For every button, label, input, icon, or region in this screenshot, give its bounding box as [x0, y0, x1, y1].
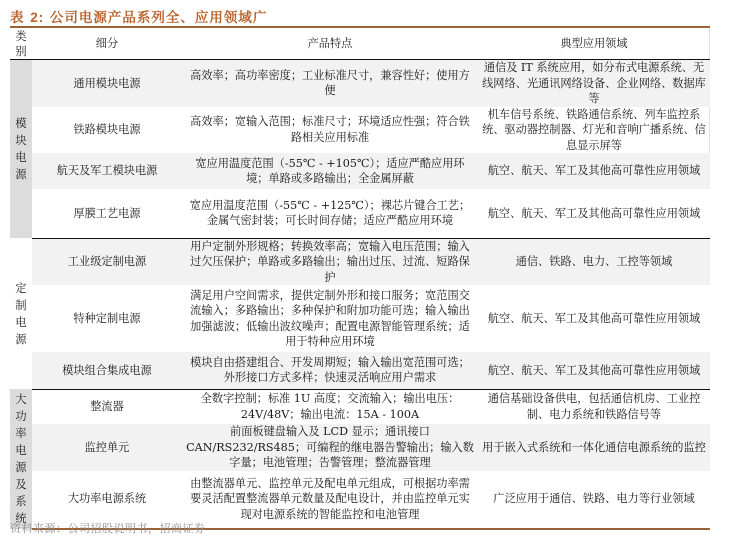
features-cell: 高效率；高功率密度；工业标准尺寸，兼容性好；使用方便 — [182, 60, 478, 107]
table-row: 航天及军工模块电源 宽应用温度范围（-55℃ - +105℃）；适应严酷应用环境… — [10, 153, 710, 189]
applications-cell: 用于嵌入式系统和一体化通信电源系统的监控 — [478, 424, 710, 471]
features-cell: 用户定制外形规格；转换效率高；宽输入电压范围；输入过欠压保护；单路或多路输出；输… — [182, 238, 478, 285]
table-row: 定制电源 工业级定制电源 用户定制外形规格；转换效率高；宽输入电压范围；输入过欠… — [10, 238, 710, 285]
subcategory-cell: 工业级定制电源 — [32, 238, 182, 285]
applications-cell: 通信、铁路、电力、工控等领域 — [478, 238, 710, 285]
table-row: 铁路模块电源 高效率；宽输入范围；标准尺寸；环境适应性强；符合铁路相关应用标准 … — [10, 107, 710, 154]
applications-cell: 航空、航天、军工及其他高可靠性应用领域 — [478, 153, 710, 189]
table-row: 模块电源 通用模块电源 高效率；高功率密度；工业标准尺寸，兼容性好；使用方便 通… — [10, 60, 710, 107]
table-title-prefix: 表 — [10, 10, 25, 26]
category-cell: 模块电源 — [10, 60, 32, 239]
header-features: 产品特点 — [182, 28, 478, 60]
subcategory-cell: 模块组合集成电源 — [32, 352, 182, 389]
features-cell: 全数字控制；标准 1U 高度；交流输入；输出电压：24V/48V；输出电流：15… — [182, 389, 478, 424]
applications-cell: 通信基础设备供电，包括通信机房、工业控制、电力系统和铁路信号等 — [478, 389, 710, 424]
table-row: 特种定制电源 满足用户空间需求，提供定制外形和接口服务；宽范围交流输入；多路输出… — [10, 285, 710, 352]
applications-cell: 航空、航天、军工及其他高可靠性应用领域 — [478, 285, 710, 352]
category-cell: 定制电源 — [10, 238, 32, 389]
features-cell: 宽应用温度范围（-55℃ - +125℃）；裸芯片键合工艺；金属气密封装；可长时… — [182, 189, 478, 238]
features-cell: 宽应用温度范围（-55℃ - +105℃）；适应严酷应用环境；单路或多路输出；全… — [182, 153, 478, 189]
features-cell: 满足用户空间需求，提供定制外形和接口服务；宽范围交流输入；多路输出；多种保护和附… — [182, 285, 478, 352]
table-row: 厚膜工艺电源 宽应用温度范围（-55℃ - +125℃）；裸芯片键合工艺；金属气… — [10, 189, 710, 238]
subcategory-cell: 特种定制电源 — [32, 285, 182, 352]
features-cell: 由整流器单元、监控单元及配电单元组成，可根据功率需要灵活配置整流器单元数量及配电… — [182, 471, 478, 529]
table-title-text: 公司电源产品系列全、应用领域广 — [50, 10, 268, 26]
header-subcategory: 细分 — [32, 28, 182, 60]
table-title-number: 2: — [30, 10, 44, 25]
features-cell: 高效率；宽输入范围；标准尺寸；环境适应性强；符合铁路相关应用标准 — [182, 107, 478, 154]
header-category: 类别 — [10, 28, 32, 60]
subcategory-cell: 整流器 — [32, 389, 182, 424]
table-row: 监控单元 前面板键盘输入及 LCD 显示；通讯接口 CAN/RS232/RS48… — [10, 424, 710, 471]
product-table: 类别 细分 产品特点 典型应用领域 模块电源 通用模块电源 高效率；高功率密度；… — [10, 28, 710, 530]
header-applications: 典型应用领域 — [478, 28, 710, 60]
applications-cell: 通信及 IT 系统应用，如分布式电源系统、无线网络、光通讯网络设备、企业网络、数… — [478, 60, 710, 107]
header-row: 类别 细分 产品特点 典型应用领域 — [10, 28, 710, 60]
table-row: 大功率电源及系统 整流器 全数字控制；标准 1U 高度；交流输入；输出电压：24… — [10, 389, 710, 424]
table-title: 表 2: 公司电源产品系列全、应用领域广 — [10, 6, 267, 26]
applications-cell: 广泛应用于通信、铁路、电力等行业领域 — [478, 471, 710, 529]
subcategory-cell: 厚膜工艺电源 — [32, 189, 182, 238]
source-note: 资料来源：公司招股说明书，招商证券 — [10, 520, 206, 536]
features-cell: 前面板键盘输入及 LCD 显示；通讯接口 CAN/RS232/RS485；可编程… — [182, 424, 478, 471]
table-row: 模块组合集成电源 模块自由搭建组合、开发周期短；输入输出宽范围可选；外形接口方式… — [10, 352, 710, 389]
applications-cell: 航空、航天、军工及其他高可靠性应用领域 — [478, 352, 710, 389]
applications-cell: 机车信号系统、铁路通信系统、列车监控系统、驱动器控制器、灯光和音响广播系统、信息… — [478, 107, 710, 154]
applications-cell: 航空、航天、军工及其他高可靠性应用领域 — [478, 189, 710, 238]
subcategory-cell: 航天及军工模块电源 — [32, 153, 182, 189]
subcategory-cell: 铁路模块电源 — [32, 107, 182, 154]
subcategory-cell: 监控单元 — [32, 424, 182, 471]
subcategory-cell: 通用模块电源 — [32, 60, 182, 107]
features-cell: 模块自由搭建组合、开发周期短；输入输出宽范围可选；外形接口方式多样；快速灵活响应… — [182, 352, 478, 389]
category-cell: 大功率电源及系统 — [10, 389, 32, 529]
